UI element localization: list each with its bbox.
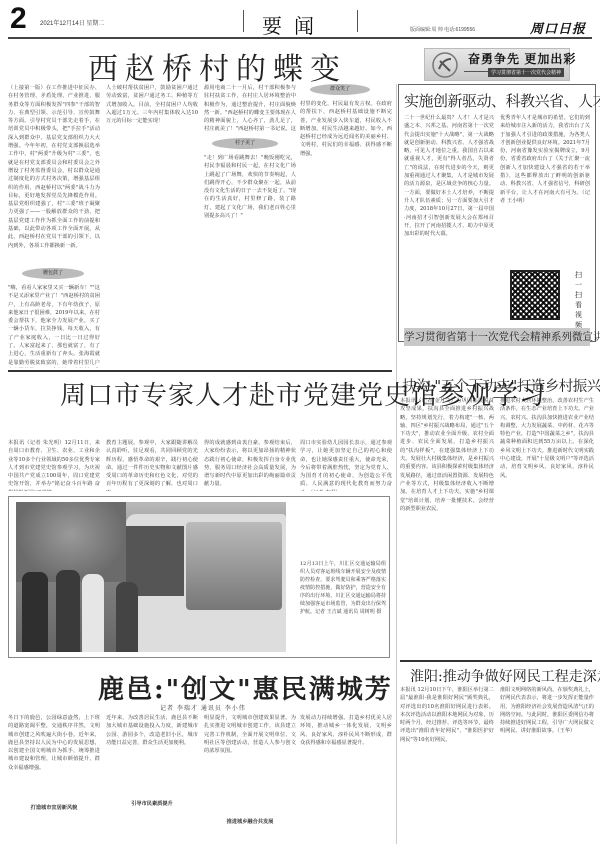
article-subhead: 打造城市宜居新风貌 — [8, 804, 100, 814]
section-divider — [8, 370, 392, 372]
article-subhead: 腰包鼓了 — [22, 268, 84, 279]
section-divider — [400, 660, 592, 662]
article-body: 本报讯（记者 朱光明）12月11日，来自周口市教育、卫生、农业、工业和企业等10… — [8, 439, 100, 491]
article-headline[interactable]: 西赵桥村的蝶变 — [88, 44, 347, 88]
photo-caption: 12月13日上午，川汇区交通运输局组织人员对客运班线车辆开展安全及疫情防控检查，… — [300, 560, 386, 616]
feature-body: 二十一世纪什么最贵？人才！人才是兴盛之本、兴邦之基。河南省第十一次党代会提出实施… — [404, 114, 494, 324]
article-headline[interactable]: 周口市专家人才赴市党建党史馆参观学习 — [60, 375, 546, 412]
party-emblem-icon — [431, 51, 459, 79]
banner-title: 奋勇争先 更加出彩 — [468, 50, 576, 67]
banner-line — [464, 71, 488, 72]
column-divider — [396, 84, 397, 844]
qr-code[interactable] — [510, 270, 560, 320]
person — [116, 582, 138, 652]
article-body: 淮阳文明网络的新风尚。在颁奖典礼上，好网民代表表示，将进一步发挥正能量作用，为淮… — [500, 686, 594, 844]
banner-subtitle: 学习贯彻省第十一次党代会精神 — [488, 68, 564, 77]
article-body: 本报讯（记者 金月文）为巩固拓展脱贫攻坚成果，扶沟县全面推进乡村振兴战略，坚持规… — [400, 397, 494, 659]
byline: 记者 李瑞才 通讯员 李小伟 — [160, 703, 246, 712]
article-subhead: 村子美了 — [212, 138, 278, 149]
masthead-rule — [8, 37, 592, 39]
news-photo[interactable] — [16, 502, 286, 652]
article-subhead: 引导市民素质提升 — [106, 800, 198, 810]
article-subhead: 群众笑了 — [310, 84, 370, 95]
feature-series-title: 学习贯彻省第十一次党代会精神系列微宣讲(二) — [404, 328, 590, 346]
article-body: 教育主题展。参观中，大家跟随讲解员认真聆听，驻足观看，共同回顾党的光辉历程，感悟… — [106, 439, 198, 491]
feature-title[interactable]: 实施创新驱动、科教兴省、人才强省战略 — [404, 90, 600, 111]
article-body: 人士破村帮扶贫困户，鼓励贫困户通过劳动致富，贫困户通过务工、种植等方式增加收入。… — [106, 84, 198, 368]
article-body: 推进农村人居环境整治，改善农村生产生活条件。在生态产业培育上下功夫。产业兴，农村… — [500, 397, 594, 659]
article-body: 冬日下的鹿邑，公园绿意盎然，上下班的道路宽阔平整，交通秩序井然，文明城市创建之风… — [8, 714, 100, 844]
bus-windshield — [186, 522, 282, 610]
article-body: 近年来，为改善居民生活，鹿邑县不断加大城市基础设施投入力度，新建城市公园、游园多… — [106, 714, 198, 794]
feature-body: 优秀青年人才是城市的希望。它们的到来给城市注入新的活力，我省出台了关于加强人才引… — [500, 114, 590, 266]
page-number: 2 — [10, 4, 27, 34]
divider — [243, 10, 244, 32]
article-body: 本报讯 12月10日下午，淮阳区举行第二届"最淮阳·我是淮阳好网民"颁奖典礼，对… — [400, 686, 494, 844]
issue-date: 2021年12月14日 星期二 — [40, 18, 104, 27]
article-body: 村里的变化，村民最有发言权。在政府的帮扶下，西赵桥村基础设施不断完善，产业发展步… — [300, 100, 392, 368]
article-body: 发展动力持续增强。打造乡村优美人居环境，推动城乡一体化发展，文明乡风、良好家风、… — [300, 714, 392, 844]
divider — [357, 10, 358, 32]
newspaper-logo: 周口日报 — [530, 18, 586, 37]
article-body: "走！到广场看跳舞去！"晚饭刚吃完，村民李福晨和村民一起，在村文化广场上跳起了广… — [204, 154, 296, 368]
editor-line: 版面编辑:周 帅 电话:6199556 — [410, 26, 475, 33]
person — [56, 570, 80, 652]
person — [22, 572, 48, 652]
article-body: 周口市实验幼儿园园长表示，通过参观学习，让她更加坚定自己的初心和使命，也让她深感… — [300, 439, 392, 491]
article-headline[interactable]: 淮阳:推动争做好网民工程走深走实 — [410, 666, 600, 686]
article-subhead: 推进城乡融合共发展 — [204, 818, 296, 828]
person — [82, 574, 104, 652]
article-body: 得的成就感到由衷自豪。参观结束后，大家纷纷表示，将以更加昂扬的精神状态践行初心使… — [204, 439, 296, 491]
article-body: 明显提升，文明城市创建效果显著。为扎实推进文明城市创建工作，该县建立完善工作机制… — [204, 714, 296, 814]
article-headline[interactable]: 鹿邑:"创文"惠民满城芳 — [98, 669, 393, 706]
article-body: （上接第一版）在工作推进中征民办、在村务管理、矛盾处理、产业推进、服务群众等方面… — [8, 84, 100, 264]
bus — [126, 514, 286, 652]
article-body: "嗨，看看人家家里又买一辆新车！""这不是又添家里产业了！"西赵桥村的贫困户，上… — [8, 284, 100, 368]
section-title: 要闻 — [262, 10, 326, 39]
qr-label: 扫一扫看视频 — [575, 270, 583, 330]
article-body: 源用电商二十一月后，村干部积极参与驻村扶贫工作，在村庄人居环境整治中积极作为，通… — [204, 84, 296, 134]
